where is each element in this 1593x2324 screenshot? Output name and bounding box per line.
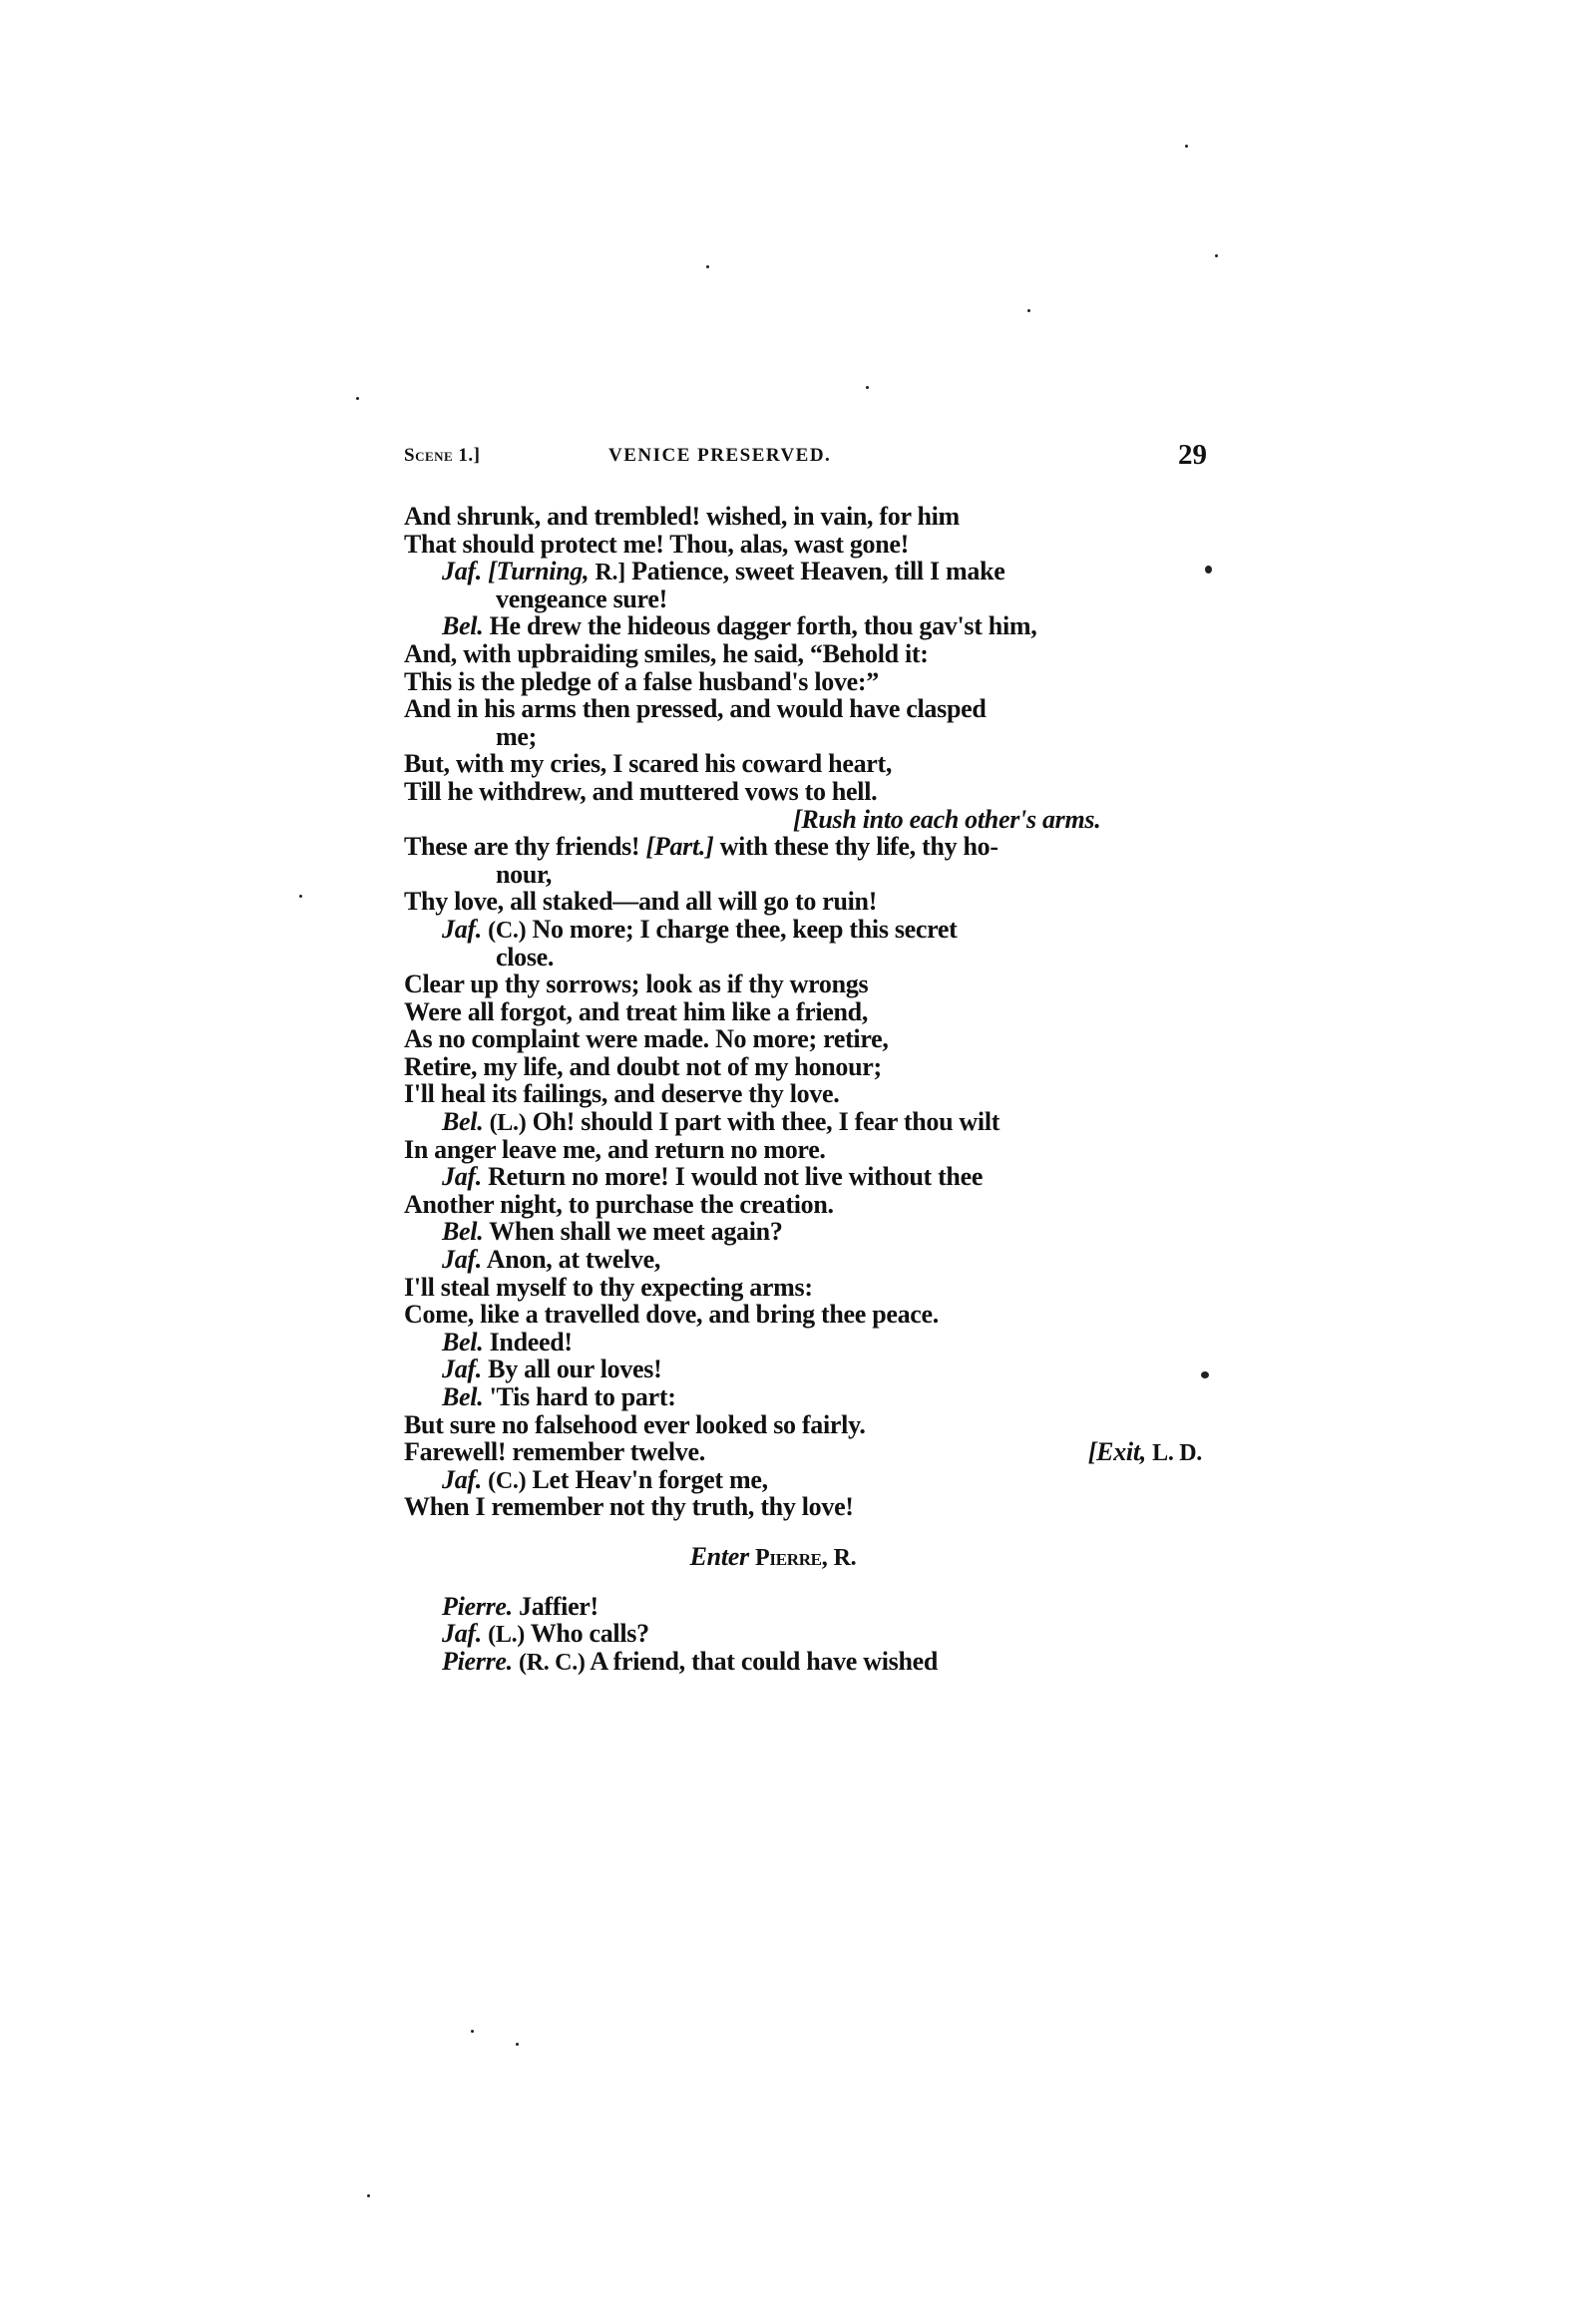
scan-speck — [1027, 309, 1030, 312]
speech-belvidera: Bel. 'Tis hard to part: — [404, 1383, 1202, 1411]
speech-jaffier: Jaf. (L.) Who calls? — [404, 1620, 1202, 1648]
scan-speck — [516, 2043, 519, 2046]
verse-line: Thy love, all staked—and all will go to … — [404, 888, 1202, 916]
page-number: 29 — [1178, 439, 1207, 472]
speech-jaffier: Jaf. (C.) Let Heav'n forget me, — [404, 1466, 1202, 1494]
speech-jaffier: Jaf. [Turning, R.] Patience, sweet Heave… — [404, 558, 1202, 585]
stage-direction: [Part.] — [646, 832, 714, 861]
stage-position: (R. C.) — [519, 1650, 586, 1676]
speaker-name: Jaf. — [442, 1162, 482, 1191]
stage-position: (C.) — [488, 1468, 526, 1494]
verse-line: But, with my cries, I scared his coward … — [404, 750, 1202, 778]
speech-pierre: Pierre. (R. C.) A friend, that could hav… — [404, 1648, 1202, 1676]
verse-line: When I remember not thy truth, thy love! — [404, 1493, 1202, 1521]
stage-position: R.] — [595, 560, 624, 585]
spacer — [404, 1571, 1202, 1593]
stage-position: (L.) — [490, 1110, 527, 1136]
verse-turnover: close. — [404, 944, 1202, 971]
scan-speck — [866, 386, 869, 389]
speaker-name: Bel. — [442, 1217, 483, 1246]
speech-belvidera: Bel. He drew the hideous dagger forth, t… — [404, 612, 1202, 640]
speaker-name: Pierre. — [442, 1647, 513, 1676]
verse-turnover: vengeance sure! — [404, 585, 1202, 613]
verse-line: And shrunk, and trembled! wished, in vai… — [404, 503, 1202, 531]
entrance-direction: Enter Pierre, R. — [404, 1543, 1202, 1571]
stage-position: (L.) — [488, 1622, 525, 1648]
stage-direction-line: [Rush into each other's arms. — [404, 806, 1202, 834]
spacer — [404, 1521, 1202, 1543]
verse-line: Come, like a travelled dove, and bring t… — [404, 1301, 1202, 1329]
verse-line: And, with upbraiding smiles, he said, “B… — [404, 640, 1202, 668]
verse-line: But sure no falsehood ever looked so fai… — [404, 1411, 1202, 1439]
speaker-name: Jaf. — [442, 1465, 482, 1494]
speech-jaffier: Jaf. (C.) No more; I charge thee, keep t… — [404, 916, 1202, 944]
verse-turnover: me; — [404, 723, 1202, 751]
scan-speck — [471, 2030, 474, 2033]
speech-jaffier: Jaf. By all our loves! — [404, 1356, 1202, 1383]
verse-line: Another night, to purchase the creation. — [404, 1191, 1202, 1219]
speaker-name: Bel. — [442, 611, 483, 640]
verse-line: In anger leave me, and return no more. — [404, 1136, 1202, 1164]
speech-pierre: Pierre. Jaffier! — [404, 1593, 1202, 1621]
speech-belvidera: Bel. When shall we meet again? — [404, 1218, 1202, 1246]
scan-speck — [1215, 254, 1218, 257]
running-head: Scene 1.] VENICE PRESERVED. 29 — [404, 439, 1207, 473]
verse-line: I'll steal myself to thy expecting arms: — [404, 1274, 1202, 1302]
verse-line: I'll heal its failings, and deserve thy … — [404, 1080, 1202, 1108]
scan-speck — [367, 2194, 370, 2197]
speech-belvidera: Bel. Indeed! — [404, 1329, 1202, 1356]
book-page: Scene 1.] VENICE PRESERVED. 29 And shrun… — [0, 0, 1593, 2324]
stage-position: (C.) — [488, 918, 526, 944]
speaker-name: Jaf. — [442, 1619, 482, 1648]
verse-line-with-exit: Farewell! remember twelve. [Exit, L. D. — [404, 1438, 1202, 1466]
speaker-name: Pierre. — [442, 1592, 513, 1621]
scan-speck — [1205, 566, 1212, 574]
speech-jaffier: Jaf. Anon, at twelve, — [404, 1246, 1202, 1274]
verse-line: Retire, my life, and doubt not of my hon… — [404, 1053, 1202, 1081]
verse-turnover: nour, — [404, 861, 1202, 889]
speech-belvidera: Bel. (L.) Oh! should I part with thee, I… — [404, 1108, 1202, 1136]
scene-marker: Scene 1.] — [404, 445, 481, 467]
speaker-name: Jaf. — [442, 915, 482, 944]
speech-jaffier: Jaf. Return no more! I would not live wi… — [404, 1163, 1202, 1191]
stage-direction: [Turning, — [488, 557, 589, 585]
scan-speck — [1185, 145, 1188, 148]
scan-speck — [1201, 1371, 1209, 1378]
stage-direction: [Rush into each other's arms. — [793, 806, 1100, 834]
verse-line: Till he withdrew, and muttered vows to h… — [404, 778, 1202, 806]
speaker-name: Jaf. — [442, 1355, 482, 1383]
speaker-name: Jaf. — [442, 557, 482, 585]
play-title: VENICE PRESERVED. — [608, 445, 831, 467]
verse-line: As no complaint were made. No more; reti… — [404, 1025, 1202, 1053]
speaker-name: Bel. — [442, 1382, 483, 1411]
verse-line: This is the pledge of a false husband's … — [404, 668, 1202, 696]
scan-speck — [706, 265, 709, 268]
verse-line: That should protect me! Thou, alas, wast… — [404, 531, 1202, 559]
scan-speck — [299, 895, 302, 898]
verse-line: Clear up thy sorrows; look as if thy wro… — [404, 970, 1202, 998]
character-name: Pierre, — [755, 1545, 827, 1571]
speaker-name: Bel. — [442, 1107, 483, 1136]
speaker-name: Jaf. — [442, 1245, 482, 1274]
verse-line: Were all forgot, and treat him like a fr… — [404, 998, 1202, 1026]
scan-speck — [356, 397, 359, 400]
speaker-name: Bel. — [442, 1328, 483, 1356]
verse-line: And in his arms then pressed, and would … — [404, 695, 1202, 723]
play-text: And shrunk, and trembled! wished, in vai… — [404, 503, 1202, 1675]
verse-line: These are thy friends! [Part.] with thes… — [404, 833, 1202, 861]
exit-direction: [Exit, L. D. — [1088, 1438, 1202, 1468]
